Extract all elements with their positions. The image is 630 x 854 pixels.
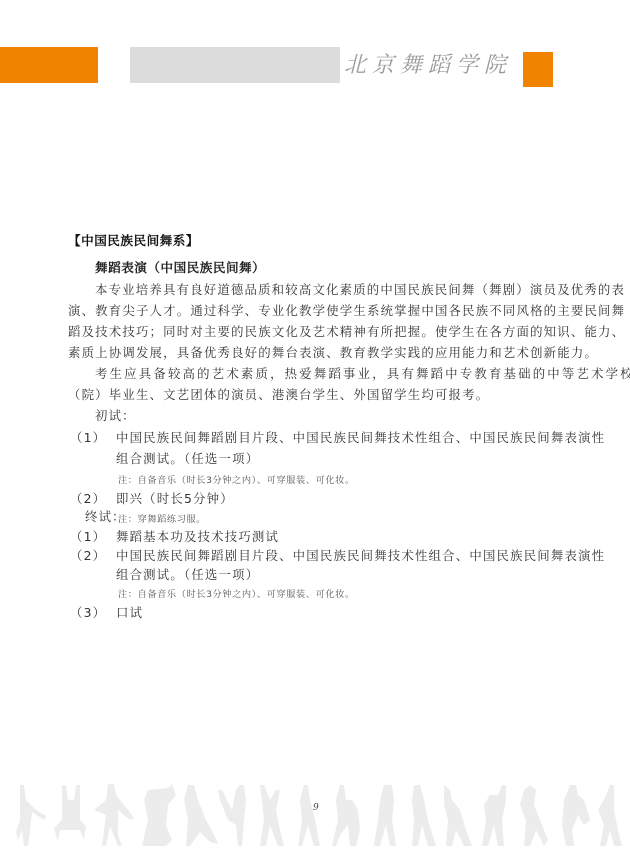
header-orange-square	[523, 52, 553, 87]
prelim-item-text: 组合测试。（任选一项）	[116, 451, 259, 467]
section-title: 【中国民族民间舞系】	[68, 233, 199, 249]
prelim-item-text: 即兴（时长5分钟）	[116, 491, 234, 507]
final-item-text: 舞蹈基本功及技术技巧测试	[116, 529, 279, 545]
preliminary-label: 初试：	[95, 408, 136, 424]
final-item-note: 注：自备音乐（时长3分钟之内）、可穿服装、可化妆。	[118, 587, 355, 603]
header-gray-bar	[130, 47, 340, 83]
final-label: 终试：	[85, 509, 126, 525]
prelim-item-num: （2）	[70, 491, 106, 507]
final-item-num: （1）	[70, 529, 106, 545]
final-item-num: （3）	[70, 605, 106, 621]
requirement-line: 考生应具备较高的艺术素质，热爱舞蹈事业，具有舞蹈中专教育基础的中等艺术学校	[95, 366, 630, 382]
intro-line: 素质上协调发展，具备优秀良好的舞台表演、教育教学实践的应用能力和艺术创新能力。	[68, 345, 598, 361]
prelim-item-num: （1）	[70, 430, 106, 446]
final-item-text: 中国民族民间舞蹈剧目片段、中国民族民间舞技术性组合、中国民族民间舞表演性	[116, 548, 605, 564]
page-number: 9	[313, 803, 319, 813]
final-item-num: （2）	[70, 548, 106, 564]
prelim-item-note: 注：自备音乐（时长3分钟之内）、可穿服装、可化妆。	[118, 473, 355, 489]
prelim-item-note: 注：穿舞蹈练习服。	[118, 512, 206, 528]
dancer-silhouettes-decoration	[0, 780, 630, 848]
header-orange-block	[0, 47, 98, 83]
intro-line: 蹈及技术技巧；同时对主要的民族文化及艺术精神有所把握。使学生在各方面的知识、能力…	[68, 324, 625, 340]
final-item-text: 组合测试。（任选一项）	[116, 567, 259, 583]
section-subtitle: 舞蹈表演（中国民族民间舞）	[95, 260, 265, 276]
intro-line: 本专业培养具有良好道德品质和较高文化素质的中国民族民间舞（舞剧）演员及优秀的表	[95, 282, 625, 298]
school-logo-calligraphy: 北京舞蹈学院	[344, 50, 520, 82]
prelim-item-text: 中国民族民间舞蹈剧目片段、中国民族民间舞技术性组合、中国民族民间舞表演性	[116, 430, 605, 446]
requirement-line: （院）毕业生、文艺团体的演员、港澳台学生、外国留学生均可报考。	[68, 387, 489, 403]
intro-line: 演、教育尖子人才。通过科学、专业化教学使学生系统掌握中国各民族不同风格的主要民间…	[68, 303, 625, 319]
final-item-text: 口试	[116, 605, 143, 621]
